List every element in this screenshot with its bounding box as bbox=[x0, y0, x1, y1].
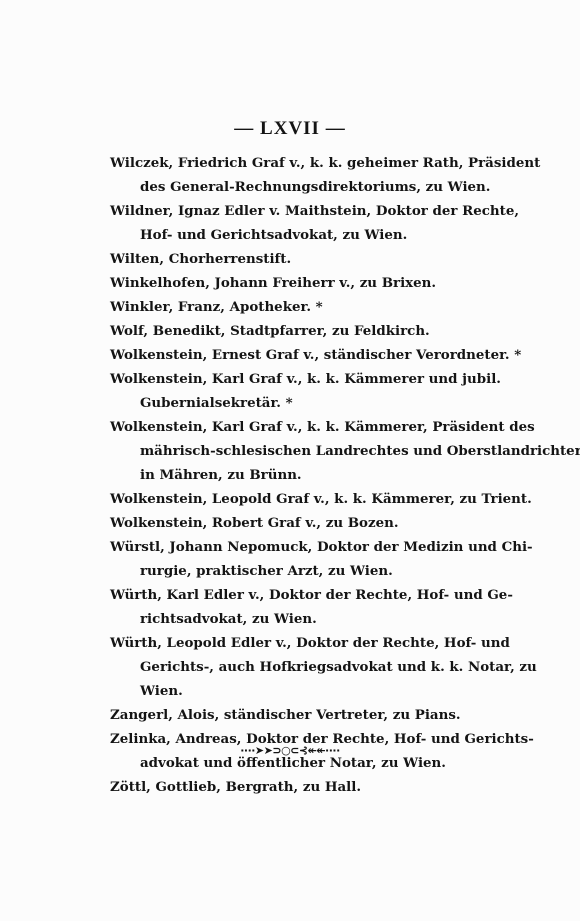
entry-line-continuation: des General-Rechnungsdirektoriums, zu Wi… bbox=[110, 175, 480, 199]
list-entry-wuerth-karl: Würth, Karl Edler v., Doktor der Rechte,… bbox=[110, 583, 480, 631]
entry-line: Wolkenstein, Karl Graf v., k. k. Kämmere… bbox=[110, 415, 480, 439]
list-entry-wildner: Wildner, Ignaz Edler v. Maithstein, Dokt… bbox=[110, 199, 480, 247]
entry-line: Zöttl, Gottlieb, Bergrath, zu Hall. bbox=[110, 775, 480, 799]
entry-line: Würth, Karl Edler v., Doktor der Rechte,… bbox=[110, 583, 480, 607]
list-entry-wolkenstein-karl-2: Wolkenstein, Karl Graf v., k. k. Kämmere… bbox=[110, 415, 480, 487]
entry-line: Würstl, Johann Nepomuck, Doktor der Medi… bbox=[110, 535, 480, 559]
entry-line-continuation: richtsadvokat, zu Wien. bbox=[110, 607, 480, 631]
list-entry-wolkenstein-robert: Wolkenstein, Robert Graf v., zu Bozen. bbox=[110, 511, 480, 535]
list-entry-wolkenstein-karl-1: Wolkenstein, Karl Graf v., k. k. Kämmere… bbox=[110, 367, 480, 415]
page-number-header: — LXVII — bbox=[0, 118, 580, 140]
list-entry-winkelhofen: Winkelhofen, Johann Freiherr v., zu Brix… bbox=[110, 271, 480, 295]
entry-line-continuation: rurgie, praktischer Arzt, zu Wien. bbox=[110, 559, 480, 583]
subscriber-list: Wilczek, Friedrich Graf v., k. k. geheim… bbox=[110, 151, 480, 799]
entry-line: Wolkenstein, Ernest Graf v., ständischer… bbox=[110, 343, 480, 367]
decorative-ornament-icon: ····➤➤⊃○⊂⊰↞↞···· bbox=[0, 744, 580, 757]
entry-line: Zangerl, Alois, ständischer Vertreter, z… bbox=[110, 703, 480, 727]
entry-line: Winkelhofen, Johann Freiherr v., zu Brix… bbox=[110, 271, 480, 295]
entry-line: Würth, Leopold Edler v., Doktor der Rech… bbox=[110, 631, 480, 655]
entry-line: Wolkenstein, Robert Graf v., zu Bozen. bbox=[110, 511, 480, 535]
list-entry-winkler: Winkler, Franz, Apotheker. * bbox=[110, 295, 480, 319]
entry-line-continuation: Hof- und Gerichtsadvokat, zu Wien. bbox=[110, 223, 480, 247]
list-entry-wuerstl: Würstl, Johann Nepomuck, Doktor der Medi… bbox=[110, 535, 480, 583]
list-entry-wolkenstein-leopold: Wolkenstein, Leopold Graf v., k. k. Kämm… bbox=[110, 487, 480, 511]
entry-line-continuation: in Mähren, zu Brünn. bbox=[110, 463, 480, 487]
list-entry-wolf: Wolf, Benedikt, Stadtpfarrer, zu Feldkir… bbox=[110, 319, 480, 343]
entry-line: Wildner, Ignaz Edler v. Maithstein, Dokt… bbox=[110, 199, 480, 223]
list-entry-wuerth-leopold: Würth, Leopold Edler v., Doktor der Rech… bbox=[110, 631, 480, 703]
entry-line: Wolkenstein, Karl Graf v., k. k. Kämmere… bbox=[110, 367, 480, 391]
list-entry-wolkenstein-ernest: Wolkenstein, Ernest Graf v., ständischer… bbox=[110, 343, 480, 367]
list-entry-wilczek: Wilczek, Friedrich Graf v., k. k. geheim… bbox=[110, 151, 480, 199]
entry-line: Winkler, Franz, Apotheker. * bbox=[110, 295, 480, 319]
entry-line-continuation: Wien. bbox=[110, 679, 480, 703]
list-entry-zoettl: Zöttl, Gottlieb, Bergrath, zu Hall. bbox=[110, 775, 480, 799]
list-entry-zangerl: Zangerl, Alois, ständischer Vertreter, z… bbox=[110, 703, 480, 727]
entry-line: Wilten, Chorherrenstift. bbox=[110, 247, 480, 271]
entry-line: Wilczek, Friedrich Graf v., k. k. geheim… bbox=[110, 151, 480, 175]
entry-line: Wolf, Benedikt, Stadtpfarrer, zu Feldkir… bbox=[110, 319, 480, 343]
entry-line-continuation: mährisch-schlesischen Landrechtes und Ob… bbox=[110, 439, 480, 463]
list-entry-wilten: Wilten, Chorherrenstift. bbox=[110, 247, 480, 271]
entry-line: Wolkenstein, Leopold Graf v., k. k. Kämm… bbox=[110, 487, 480, 511]
entry-line-continuation: Gerichts-, auch Hofkriegsadvokat und k. … bbox=[110, 655, 480, 679]
entry-line-continuation: Gubernialsekretär. * bbox=[110, 391, 480, 415]
